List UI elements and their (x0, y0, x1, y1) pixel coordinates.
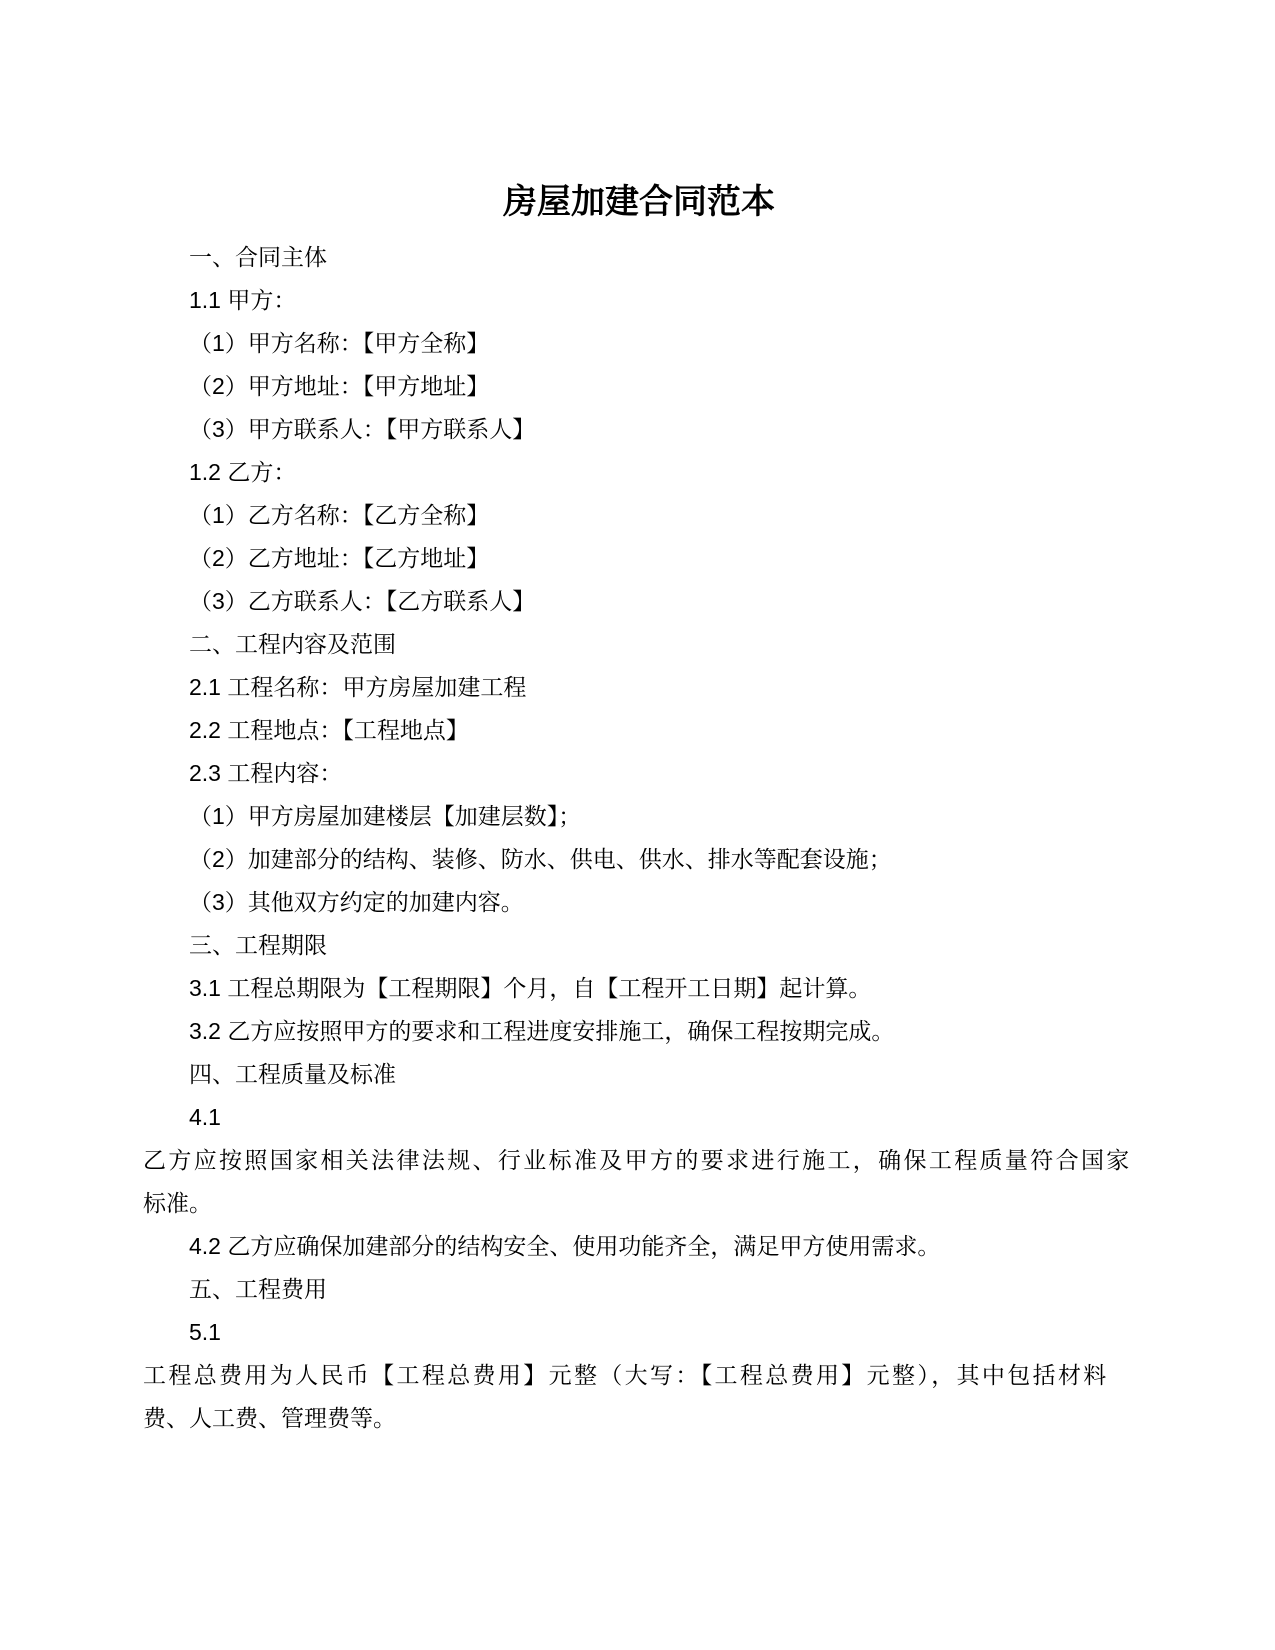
contract-line-4-1-body: 乙方应按照国家相关法律法规、行业标准及甲方的要求进行施工，确保工程质量符合国家 (143, 1139, 1135, 1182)
contract-line-1-1: 1.1 甲方： (143, 279, 1135, 322)
contract-line-2-2: 2.2 工程地点：【工程地点】 (143, 709, 1135, 752)
contract-line-section-3: 三、工程期限 (143, 924, 1135, 967)
contract-line-2-1: 2.1 工程名称：甲方房屋加建工程 (143, 666, 1135, 709)
contract-line-5-1-body: 工程总费用为人民币【工程总费用】元整（大写：【工程总费用】元整），其中包括材料 (143, 1354, 1135, 1397)
document-page: 房屋加建合同范本 一、合同主体 1.1 甲方： （1）甲方名称：【甲方全称】 （… (0, 0, 1275, 1650)
contract-line-party-b-contact: （3）乙方联系人：【乙方联系人】 (143, 580, 1135, 623)
contract-line-party-b-address: （2）乙方地址：【乙方地址】 (143, 537, 1135, 580)
contract-line-3-1: 3.1 工程总期限为【工程期限】个月，自【工程开工日期】起计算。 (143, 967, 1135, 1010)
contract-title: 房屋加建合同范本 (143, 179, 1135, 225)
contract-line-section-2: 二、工程内容及范围 (143, 623, 1135, 666)
contract-line-2-3: 2.3 工程内容： (143, 752, 1135, 795)
contract-line-4-1-body-wrap: 标准。 (143, 1182, 1135, 1225)
contract-line-4-1: 4.1 (143, 1096, 1135, 1139)
contract-line-section-1: 一、合同主体 (143, 236, 1135, 279)
contract-line-2-3-item-1: （1）甲方房屋加建楼层【加建层数】； (143, 795, 1135, 838)
contract-line-3-2: 3.2 乙方应按照甲方的要求和工程进度安排施工，确保工程按期完成。 (143, 1010, 1135, 1053)
contract-line-party-b-name: （1）乙方名称：【乙方全称】 (143, 494, 1135, 537)
contract-line-2-3-item-2: （2）加建部分的结构、装修、防水、供电、供水、排水等配套设施； (143, 838, 1135, 881)
contract-line-party-a-contact: （3）甲方联系人：【甲方联系人】 (143, 408, 1135, 451)
contract-line-5-1: 5.1 (143, 1311, 1135, 1354)
contract-line-4-2: 4.2 乙方应确保加建部分的结构安全、使用功能齐全，满足甲方使用需求。 (143, 1225, 1135, 1268)
contract-line-section-5: 五、工程费用 (143, 1268, 1135, 1311)
contract-line-2-3-item-3: （3）其他双方约定的加建内容。 (143, 881, 1135, 924)
contract-line-section-4: 四、工程质量及标准 (143, 1053, 1135, 1096)
contract-line-party-a-name: （1）甲方名称：【甲方全称】 (143, 322, 1135, 365)
contract-line-5-1-body-wrap: 费、人工费、管理费等。 (143, 1397, 1135, 1440)
contract-line-party-a-address: （2）甲方地址：【甲方地址】 (143, 365, 1135, 408)
contract-line-1-2: 1.2 乙方： (143, 451, 1135, 494)
